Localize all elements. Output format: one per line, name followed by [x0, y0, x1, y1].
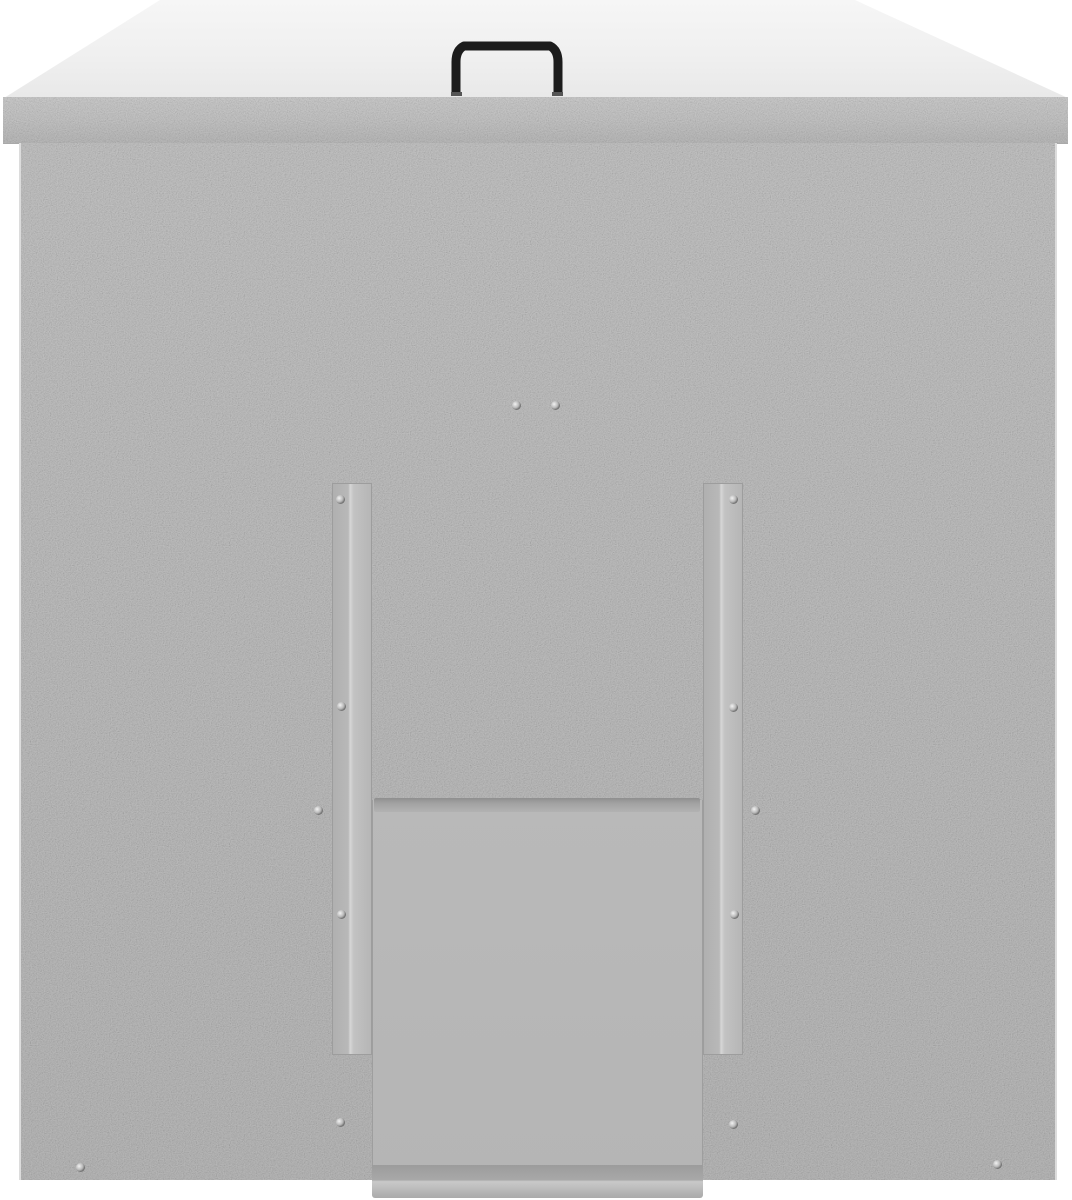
rivet-icon: [314, 806, 323, 815]
rivet-icon: [76, 1163, 85, 1172]
right-door-rail: [703, 483, 743, 1055]
rivet-icon: [751, 806, 760, 815]
rivet-icon: [729, 495, 738, 504]
lid-handle-icon: [448, 40, 566, 98]
rivet-icon: [337, 910, 346, 919]
rivet-icon: [337, 702, 346, 711]
galvanized-texture: [3, 97, 1068, 143]
rivet-icon: [551, 401, 560, 410]
sliding-door: [372, 800, 703, 1180]
lid-rim: [3, 97, 1068, 144]
sliding-door-foot: [372, 1165, 703, 1198]
rivet-icon: [729, 1120, 738, 1129]
rivet-icon: [730, 910, 739, 919]
rivet-icon: [336, 1118, 345, 1127]
rivet-icon: [336, 495, 345, 504]
sliding-door-top-lip: [374, 798, 700, 812]
rivet-icon: [729, 703, 738, 712]
rivet-icon: [993, 1160, 1002, 1169]
product-photo: [0, 0, 1072, 1200]
left-door-rail: [332, 483, 372, 1055]
rivet-icon: [512, 401, 521, 410]
